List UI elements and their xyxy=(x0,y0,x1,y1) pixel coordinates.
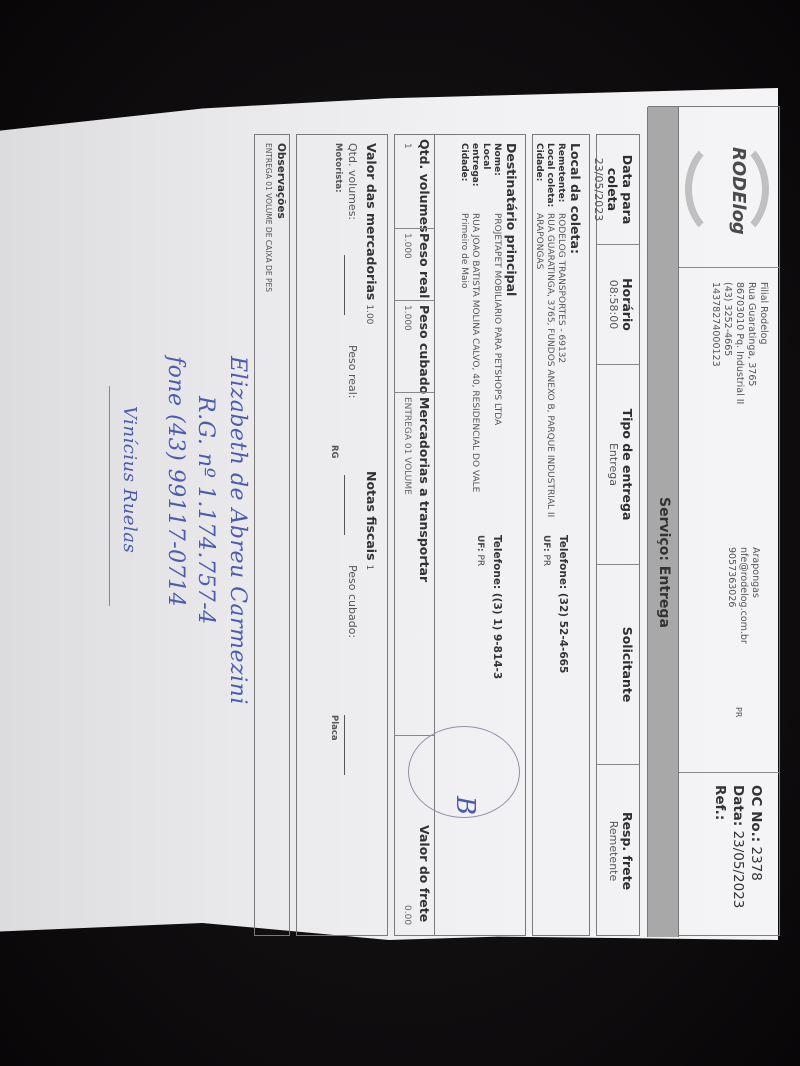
peso-real-label: Peso real: xyxy=(346,345,359,399)
solicitante-label: Solicitante xyxy=(620,565,635,764)
tipo-entrega-cell: Tipo de entrega Entrega xyxy=(597,365,639,565)
logo-area: RODElog xyxy=(679,107,779,268)
cargo-table: Qtd. volumes Peso real Peso cubado Merca… xyxy=(394,134,434,936)
rodelog-logo-icon xyxy=(685,137,769,241)
destinatario-title: Destinatário principal xyxy=(504,143,519,927)
horario-label: Horário xyxy=(620,245,635,364)
coleta-uf: UF: PR xyxy=(541,535,551,566)
signature-line xyxy=(109,386,110,606)
divider xyxy=(394,392,434,393)
observacoes-text: ENTREGA 01 VOLUME DE CAIXA DE PES xyxy=(264,143,273,292)
header-peso-cubado: Peso cubado xyxy=(417,305,432,394)
cell-valor-frete: 0.00 xyxy=(402,905,412,925)
local-coleta-label: Local coleta: xyxy=(544,143,555,213)
cidade-coleta-value: ARAPONGAS xyxy=(534,213,544,269)
cidade-entrega-label: Cidade: xyxy=(458,143,469,213)
horario-value: 08:58:00 xyxy=(607,245,620,364)
cell-peso-real: 1.000 xyxy=(402,233,412,259)
filial-name: Filial Rodelog xyxy=(757,282,769,404)
order-info: OC No.: 2378 Data: 23/05/2023 Ref.: xyxy=(679,772,779,937)
delivery-order-form: RODElog Filial Rodelog Rua Guaratinga, 3… xyxy=(220,106,780,936)
logo-text: RODElog xyxy=(728,147,749,235)
resp-frete-value: Remetente xyxy=(607,765,620,937)
cidade-entrega-value: Primeiro de Maio xyxy=(459,213,469,289)
peso-cubado-label: Peso cubado: xyxy=(346,565,359,638)
placa-label: Placa xyxy=(329,715,339,741)
handwritten-rg: R.G. nº 1.174.757-4 xyxy=(193,396,218,625)
nome-value: PROJETAPET MOBILIARIO PARA PETSHOPS LTDA xyxy=(492,213,502,425)
data-coleta-label: Data para coleta xyxy=(605,135,635,244)
local-coleta-title: Local da coleta: xyxy=(568,143,583,927)
header-valor-frete: Valor do frete xyxy=(417,825,432,922)
peso-real-blank xyxy=(344,475,345,535)
order-date: Data: 23/05/2023 xyxy=(729,785,747,937)
data-coleta-cell: Data para coleta 23/05/2023 xyxy=(597,135,639,245)
filial-contact: Arapongas nfe@rodelog.com.br 9057363026 xyxy=(725,547,761,644)
solicitante-cell: Solicitante xyxy=(597,565,639,765)
qtd-volumes-label: Qtd. volumes: xyxy=(346,143,359,220)
resp-frete-label: Resp. frete xyxy=(620,765,635,937)
filial-ie: 9057363026 xyxy=(725,547,737,644)
handwritten-name: Elizabeth de Abreu Carmezini xyxy=(225,356,250,705)
horario-cell: Horário 08:58:00 xyxy=(597,245,639,365)
service-title: Serviço: Entrega xyxy=(656,497,672,628)
remetente-value: RODELOG TRANSPORTES - 69132 xyxy=(556,213,566,363)
mercadorias-section: Valor das mercadorias 1.00 Notas fiscais… xyxy=(296,134,388,936)
valor-mercadorias: Valor das mercadorias 1.00 xyxy=(364,143,379,324)
filial-phone: (43) 3252-4665 xyxy=(721,282,733,404)
handwritten-initials: B xyxy=(450,796,480,816)
observacoes-section: Observações ENTREGA 01 VOLUME DE CAIXA D… xyxy=(254,134,290,936)
nome-label: Nome: xyxy=(491,143,502,213)
local-entrega-label: Local entrega: xyxy=(469,143,491,213)
local-coleta-section: Local da coleta: Remetente:RODELOG TRANS… xyxy=(532,134,590,936)
filial-email: nfe@rodelog.com.br xyxy=(737,547,749,644)
rg-label: RG xyxy=(329,445,339,459)
tipo-entrega-label: Tipo de entrega xyxy=(620,365,635,564)
cell-qtd-volumes: 1 xyxy=(402,143,412,149)
oc-number: OC No.: 2378 xyxy=(747,785,765,937)
filial-address: Rua Guaratinga, 3765 xyxy=(745,282,757,404)
header-peso-real: Peso real xyxy=(417,233,432,298)
local-coleta-value: RUA GUARATINGA, 3765, FUNDOS ANEXO B, PA… xyxy=(545,213,555,517)
filial-state: PR xyxy=(734,707,743,717)
handwritten-signature: Vinícius Ruelas xyxy=(119,406,140,553)
coleta-telefone: Telefone: (32) 52-4-665 xyxy=(557,535,569,673)
destinatario-telefone: Telefone: ((3) 1) 9-814-3 xyxy=(491,535,503,679)
notas-fiscais: Notas fiscais 1 xyxy=(364,471,379,570)
observacoes-title: Observações xyxy=(275,143,287,219)
destinatario-uf: UF: PR xyxy=(475,535,485,566)
order-ref: Ref.: xyxy=(711,785,729,937)
filial-info: Filial Rodelog Rua Guaratinga, 3765 8670… xyxy=(709,282,769,404)
summary-row: Data para coleta 23/05/2023 Horário 08:5… xyxy=(596,134,640,936)
cell-peso-cubado: 1.000 xyxy=(402,305,412,331)
filial-cnpj: 14378274000123 xyxy=(709,282,721,404)
tipo-entrega-value: Entrega xyxy=(607,365,620,564)
local-entrega-value: RUA JOAO BATISTA MOLINA CALVO, 40, RESID… xyxy=(470,213,480,492)
header-box: RODElog Filial Rodelog Rua Guaratinga, 3… xyxy=(648,106,780,936)
filial-cep: 86703010 Pq. Industrial II xyxy=(733,282,745,404)
divider xyxy=(394,300,434,301)
handwritten-phone: fone (43) 99117-0714 xyxy=(163,356,188,607)
service-bar: Serviço: Entrega xyxy=(647,107,679,937)
peso-cubado-blank xyxy=(344,715,345,775)
remetente-label: Remetente: xyxy=(555,143,566,213)
qtd-volumes-blank xyxy=(344,255,345,315)
motorista-label: Motorista: xyxy=(333,143,343,193)
resp-frete-cell: Resp. frete Remetente xyxy=(597,765,639,937)
data-coleta-value: 23/05/2023 xyxy=(592,135,605,244)
cidade-coleta-label: Cidade: xyxy=(533,143,544,213)
divider xyxy=(394,228,434,229)
header-qtd-volumes: Qtd. volumes xyxy=(417,139,432,233)
header-mercadorias: Mercadorias a transportar xyxy=(417,397,432,582)
cell-mercadorias: ENTREGA 01 VOLUME xyxy=(402,397,412,495)
filial-city: Arapongas xyxy=(749,547,761,644)
